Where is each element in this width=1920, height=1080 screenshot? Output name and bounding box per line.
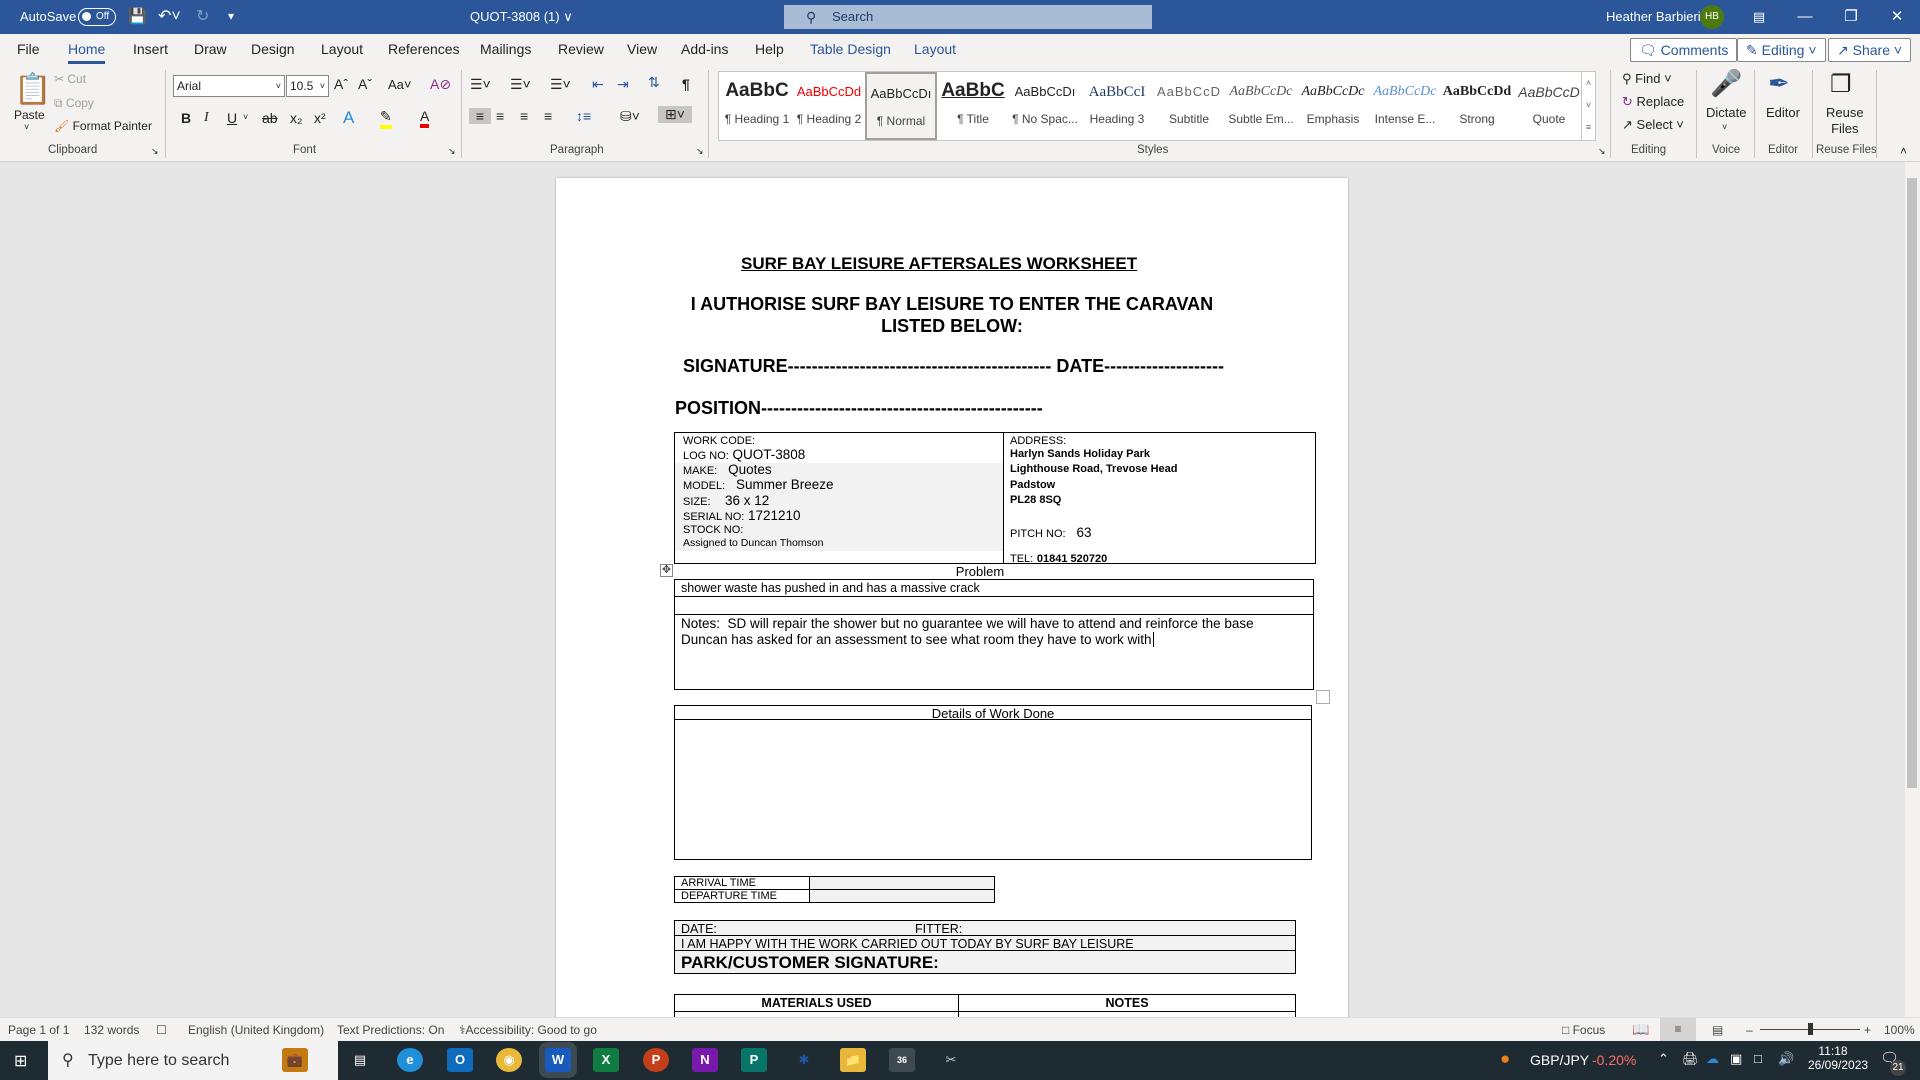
- style-name: ¶ Title: [937, 112, 1009, 126]
- editor-button[interactable]: Editor: [1766, 105, 1800, 120]
- serial-label: SERIAL NO:: [683, 511, 744, 523]
- format-painter-icon: 🖌: [54, 119, 69, 133]
- style-quote[interactable]: AaBbCcDQuote: [1513, 72, 1585, 140]
- snipping-tool-icon[interactable]: ✂: [938, 1048, 964, 1072]
- document-page[interactable]: SURF BAY LEISURE AFTERSALES WORKSHEET I …: [556, 178, 1348, 1078]
- date-label: DATE:: [681, 922, 717, 936]
- proofing-icon[interactable]: ☐: [156, 1023, 167, 1037]
- model-label: MODEL:: [683, 480, 725, 492]
- tab-layout[interactable]: Layout: [321, 41, 363, 57]
- style-name: Strong: [1441, 112, 1513, 126]
- find-button[interactable]: ⚲ Find ˅: [1622, 71, 1672, 87]
- read-mode-icon[interactable]: 📖: [1632, 1021, 1649, 1038]
- zoom-in-icon[interactable]: +: [1864, 1023, 1871, 1037]
- style-preview: AaBbC: [721, 80, 793, 102]
- tab-home[interactable]: Home: [68, 41, 105, 57]
- ticker-change: -0.20%: [1592, 1052, 1636, 1068]
- superscript-icon[interactable]: x²: [314, 110, 326, 126]
- replace-button[interactable]: ↻ Replace: [1622, 94, 1684, 110]
- tab-design[interactable]: Design: [251, 41, 295, 57]
- onenote-icon[interactable]: N: [692, 1048, 718, 1072]
- align-right-icon[interactable]: ≡: [520, 108, 528, 124]
- font-launcher-icon[interactable]: ↘: [448, 146, 456, 157]
- search-icon: ⚲: [1622, 71, 1632, 86]
- avatar[interactable]: HB: [1700, 5, 1724, 29]
- materials-header-cell: MATERIALS USED: [674, 994, 959, 1012]
- make-value: Quotes: [728, 462, 772, 477]
- taskbar: ⊞ ⚲ Type here to search 💼 ▤ e O ◉ W X P …: [0, 1041, 1920, 1080]
- font-size-combo[interactable]: 10.5˅: [286, 75, 329, 97]
- worksheet-title: SURF BAY LEISURE AFTERSALES WORKSHEET: [741, 254, 1137, 274]
- briefcase-icon[interactable]: 💼: [282, 1048, 308, 1072]
- text-predictions[interactable]: Text Predictions: On: [337, 1023, 444, 1037]
- show-formatting-icon[interactable]: ¶: [682, 76, 690, 92]
- style-title[interactable]: AaBbC¶ Title: [937, 72, 1009, 140]
- format-painter-label: Format Painter: [73, 119, 152, 133]
- log-no-label: LOG NO:: [683, 450, 729, 462]
- ribbon-display-icon[interactable]: ▤: [1736, 0, 1782, 34]
- tab-review[interactable]: Review: [558, 41, 604, 57]
- strikethrough-icon[interactable]: ab: [262, 110, 278, 126]
- reuse-label-1: Reuse: [1826, 105, 1864, 120]
- style-normal[interactable]: AaBbCcDı¶ Normal: [865, 72, 937, 140]
- autosave-label: AutoSave: [20, 9, 76, 24]
- style-name: Quote: [1513, 112, 1585, 126]
- sort-icon[interactable]: ⇅: [648, 74, 660, 91]
- tab-help[interactable]: Help: [755, 41, 784, 57]
- style-preview: AaBbCcDı: [1009, 84, 1081, 99]
- tab-view[interactable]: View: [627, 41, 657, 57]
- clock-date: 26/09/2023: [1808, 1058, 1868, 1072]
- tab-draw[interactable]: Draw: [194, 41, 227, 57]
- clipboard-group-label: Clipboard: [48, 144, 97, 156]
- justify-icon[interactable]: ≡: [544, 108, 552, 124]
- undo-icon[interactable]: ↶˅: [158, 6, 181, 26]
- replace-label: Replace: [1637, 94, 1685, 109]
- underline-dropdown-icon[interactable]: ˅: [243, 112, 248, 122]
- excel-icon[interactable]: X: [593, 1048, 619, 1072]
- onedrive-icon[interactable]: ☁: [1706, 1051, 1719, 1067]
- notes-cell[interactable]: Notes: SD will repair the shower but no …: [674, 614, 1314, 690]
- restore-icon[interactable]: ❐: [1828, 0, 1874, 34]
- network-icon[interactable]: □: [1754, 1051, 1762, 1066]
- divider: [708, 70, 709, 158]
- tab-table-design[interactable]: Table Design: [810, 41, 891, 57]
- tab-table-layout[interactable]: Layout: [914, 41, 956, 57]
- clock[interactable]: 11:1826/09/2023: [1808, 1044, 1858, 1072]
- app-36-icon[interactable]: 36: [889, 1048, 915, 1072]
- notes-line-2: Duncan has asked for an assessment to se…: [681, 632, 1154, 647]
- tray-overflow-icon[interactable]: ⌃: [1658, 1051, 1669, 1067]
- address-line-2: Lighthouse Road, Trevose Head: [1010, 463, 1177, 475]
- divider: [1610, 70, 1611, 158]
- notification-count: 21: [1890, 1060, 1906, 1076]
- tab-add-ins[interactable]: Add-ins: [681, 41, 728, 57]
- copy-button[interactable]: ⧉ Copy: [54, 96, 94, 111]
- subscript-icon[interactable]: x₂: [290, 110, 302, 126]
- cut-button[interactable]: ✂ Cut: [54, 72, 86, 86]
- tab-insert[interactable]: Insert: [133, 41, 168, 57]
- editing-group-label: Editing: [1631, 144, 1666, 156]
- arrival-label: ARRIVAL TIME: [681, 877, 756, 889]
- focus-icon: □: [1562, 1023, 1569, 1037]
- ticker-symbol[interactable]: GBP/JPY: [1530, 1052, 1589, 1068]
- cut-label: Cut: [67, 72, 86, 86]
- fitter-label: FITTER:: [915, 922, 962, 936]
- currency-widget-icon[interactable]: ●: [1500, 1049, 1510, 1069]
- divider: [165, 70, 166, 158]
- search-box[interactable]: ⚲ Search: [784, 5, 1152, 29]
- chrome-icon[interactable]: ◉: [496, 1048, 522, 1072]
- make-label: MAKE:: [683, 465, 717, 477]
- close-icon[interactable]: ✕: [1874, 0, 1920, 34]
- scrollbar-thumb[interactable]: [1907, 178, 1917, 788]
- table-resize-handle[interactable]: [1316, 690, 1330, 704]
- save-icon[interactable]: 💾: [128, 7, 147, 25]
- style-preview: AaBbCcDı: [867, 86, 935, 101]
- grow-font-icon[interactable]: Aˆ: [334, 76, 348, 92]
- problem-text: shower waste has pushed in and has a mas…: [681, 581, 980, 595]
- style-intense-emphasis[interactable]: AaBbCcDcIntense E...: [1369, 72, 1441, 140]
- document-title[interactable]: QUOT-3808 (1) ∨: [470, 9, 573, 25]
- style-name: ¶ Heading 1: [721, 112, 793, 126]
- reuse-group-label: Reuse Files: [1816, 144, 1877, 156]
- zoom-slider-thumb[interactable]: [1808, 1023, 1813, 1035]
- authorise-line-2: LISTED BELOW:: [556, 316, 1348, 337]
- chevron-down-icon: ˅: [320, 76, 325, 96]
- style-preview: AaBbCcDc: [1225, 84, 1297, 100]
- paragraph-group-label: Paragraph: [550, 144, 604, 156]
- park-signature-row[interactable]: PARK/CUSTOMER SIGNATURE:: [674, 950, 1296, 974]
- user-name[interactable]: Heather Barbieri: [1606, 9, 1701, 24]
- word-icon[interactable]: W: [545, 1048, 571, 1072]
- work-code-label: WORK CODE:: [683, 435, 755, 447]
- collapse-ribbon-icon[interactable]: ˄: [1900, 144, 1907, 158]
- styles-gallery: AaBbC¶ Heading 1 AaBbCcDd¶ Heading 2 AaB…: [718, 71, 1596, 141]
- status-bar: Page 1 of 1 132 words ☐ English (United …: [0, 1017, 1920, 1041]
- font-group-label: Font: [293, 144, 316, 156]
- tab-references[interactable]: References: [388, 41, 460, 57]
- signature-line: SIGNATURE-------------------------------…: [683, 356, 1224, 377]
- paragraph-launcher-icon[interactable]: ↘: [696, 146, 704, 157]
- comments-label: Comments: [1661, 42, 1729, 58]
- volume-icon[interactable]: 🔊: [1778, 1051, 1794, 1067]
- pitch-label: PITCH NO:: [1010, 528, 1066, 540]
- line-spacing-icon[interactable]: ↕≡: [576, 108, 591, 124]
- style-preview: AaBbCcDc: [1369, 84, 1441, 100]
- style-name: Subtle Em...: [1225, 112, 1297, 126]
- zoom-level[interactable]: 100%: [1884, 1023, 1915, 1037]
- shading-icon[interactable]: ⛁˅: [620, 108, 640, 125]
- style-no-spacing[interactable]: AaBbCcDı¶ No Spac...: [1009, 72, 1081, 140]
- style-preview: AaBbCcD: [1153, 84, 1225, 99]
- details-cell[interactable]: [674, 719, 1312, 860]
- replace-icon: ↻: [1622, 94, 1633, 109]
- ribbon-tabs: File Home Insert Draw Design Layout Refe…: [0, 34, 1920, 66]
- style-name: ¶ Heading 2: [793, 112, 865, 126]
- styles-launcher-icon[interactable]: ↘: [1598, 146, 1606, 157]
- minimize-icon[interactable]: —: [1782, 0, 1828, 34]
- select-label: Select: [1637, 117, 1673, 132]
- address-line-3: Padstow: [1010, 479, 1055, 491]
- underline-icon[interactable]: U: [227, 110, 237, 126]
- details-header-cell: Details of Work Done: [674, 705, 1312, 720]
- style-name: Intense E...: [1369, 112, 1441, 126]
- editing-mode-button[interactable]: ✎ Editing ˅: [1737, 38, 1826, 62]
- materials-header: MATERIALS USED: [675, 996, 958, 1010]
- accessibility-label: Accessibility: Good to go: [466, 1023, 597, 1037]
- font-name-combo[interactable]: Arial˅: [173, 75, 285, 97]
- app-badge: 36: [897, 1055, 907, 1065]
- divider: [461, 70, 462, 158]
- style-subtitle[interactable]: AaBbCcDSubtitle: [1153, 72, 1225, 140]
- chevron-down-icon: ˅: [276, 76, 281, 96]
- date-fitter-row[interactable]: DATE: FITTER:: [674, 920, 1296, 936]
- style-name: Subtitle: [1153, 112, 1225, 126]
- address-line-4: PL28 8SQ: [1010, 494, 1061, 506]
- problem-cell[interactable]: shower waste has pushed in and has a mas…: [674, 579, 1314, 597]
- tab-file[interactable]: File: [17, 41, 40, 57]
- reuse-files-icon[interactable]: ❐: [1830, 70, 1852, 99]
- taskbar-search-placeholder: Type here to search: [88, 1052, 229, 1069]
- windows-start-icon[interactable]: ⊞: [14, 1051, 27, 1071]
- find-label: Find: [1635, 71, 1660, 86]
- focus-label: Focus: [1573, 1023, 1606, 1037]
- divider: [1812, 70, 1813, 158]
- format-painter-button[interactable]: 🖌 Format Painter: [54, 119, 152, 133]
- select-button[interactable]: ↗ Select ˅: [1622, 117, 1684, 133]
- edge-icon[interactable]: e: [397, 1048, 423, 1072]
- highlight-color-icon[interactable]: ✎: [380, 108, 392, 129]
- divider: [1696, 70, 1697, 158]
- style-subtle-emphasis[interactable]: AaBbCcDcSubtle Em...: [1225, 72, 1297, 140]
- page-count[interactable]: Page 1 of 1: [8, 1023, 69, 1037]
- divider: [1754, 70, 1755, 158]
- web-layout-icon[interactable]: ▤: [1712, 1023, 1723, 1037]
- language[interactable]: English (United Kingdom): [188, 1023, 324, 1037]
- word-count[interactable]: 132 words: [84, 1023, 139, 1037]
- search-icon: ⚲: [62, 1041, 74, 1080]
- align-center-icon[interactable]: ≡: [496, 108, 504, 124]
- publisher-icon[interactable]: P: [741, 1048, 767, 1072]
- notes-header: NOTES: [959, 996, 1295, 1010]
- style-name: ¶ Normal: [867, 114, 935, 128]
- clock-time: 11:18: [1818, 1044, 1847, 1058]
- font-color-icon[interactable]: A: [420, 108, 429, 128]
- styles-group-label: Styles: [1137, 144, 1168, 156]
- address-line-1: Harlyn Sands Holiday Park: [1010, 448, 1150, 460]
- title-bar: AutoSave Off 💾 ↶˅ ↻ ▾ QUOT-3808 (1) ∨ ⚲ …: [0, 0, 1920, 34]
- style-preview: AaBbCcDc: [1297, 84, 1369, 100]
- style-heading-1[interactable]: AaBbC¶ Heading 1: [721, 72, 793, 140]
- bold-icon[interactable]: B: [181, 110, 191, 126]
- align-left-icon[interactable]: ≡: [469, 108, 491, 124]
- file-explorer-icon[interactable]: 📁: [840, 1048, 866, 1072]
- clipboard-launcher-icon[interactable]: ↘: [151, 146, 159, 157]
- notes-label: Notes:: [681, 616, 720, 631]
- position-line: POSITION--------------------------------…: [675, 398, 1043, 419]
- happy-row[interactable]: I AM HAPPY WITH THE WORK CARRIED OUT TOD…: [674, 935, 1296, 951]
- address-cell[interactable]: ADDRESS: Harlyn Sands Holiday Park Light…: [1003, 432, 1316, 564]
- editor-pen-icon[interactable]: ✒: [1768, 68, 1790, 99]
- microphone-icon[interactable]: 🎤: [1710, 68, 1742, 99]
- outlook-icon[interactable]: O: [447, 1048, 473, 1072]
- voice-group-label: Voice: [1712, 144, 1740, 156]
- style-preview: AaBbCcDd: [793, 84, 865, 99]
- copy-label: Copy: [66, 96, 94, 110]
- bullets-icon[interactable]: ☰˅: [470, 76, 491, 93]
- paste-icon[interactable]: 📋: [14, 72, 51, 107]
- font-name-value: Arial: [177, 79, 201, 93]
- share-label: Share: [1853, 42, 1890, 58]
- clear-formatting-icon[interactable]: A⊘: [430, 76, 451, 93]
- focus-button[interactable]: □ Focus: [1562, 1023, 1605, 1037]
- notes-header-cell: NOTES: [958, 994, 1296, 1012]
- reuse-files-button[interactable]: ReuseFiles: [1826, 105, 1864, 137]
- change-case-icon[interactable]: Aa˅: [388, 77, 412, 92]
- styles-scrollbar[interactable]: ˄˅≡: [1581, 72, 1595, 140]
- style-name: Heading 3: [1081, 112, 1153, 126]
- style-heading-3[interactable]: AaBbCcIHeading 3: [1081, 72, 1153, 140]
- style-heading-2[interactable]: AaBbCcDd¶ Heading 2: [793, 72, 865, 140]
- search-placeholder: Search: [832, 9, 873, 24]
- divider: [1876, 70, 1877, 158]
- style-name: Emphasis: [1297, 112, 1369, 126]
- jira-icon[interactable]: ✱: [791, 1048, 817, 1072]
- accessibility-status[interactable]: ⚕Accessibility: Good to go: [459, 1023, 597, 1037]
- task-view-icon[interactable]: ▤: [347, 1048, 373, 1072]
- size-label: SIZE:: [683, 496, 711, 508]
- style-emphasis[interactable]: AaBbCcDcEmphasis: [1297, 72, 1369, 140]
- numbering-icon[interactable]: ☰˅: [510, 76, 531, 93]
- ribbon: 📋 Paste ˅ ✂ Cut ⧉ Copy 🖌 Format Painter …: [0, 66, 1920, 162]
- share-button[interactable]: ↗ Share ˅: [1828, 38, 1911, 62]
- decrease-indent-icon[interactable]: ⇤: [592, 76, 604, 93]
- editing-label: Editing: [1762, 42, 1805, 58]
- paste-dropdown-icon[interactable]: ˅: [24, 122, 29, 132]
- italic-icon[interactable]: I: [204, 110, 209, 126]
- arrival-label-cell: ARRIVAL TIME: [674, 876, 810, 890]
- notes-line-1: SD will repair the shower but no guarant…: [728, 616, 1254, 631]
- dictate-button[interactable]: Dictate: [1706, 105, 1746, 120]
- zoom-out-icon[interactable]: –: [1746, 1023, 1753, 1037]
- style-preview: AaBbCcI: [1081, 84, 1153, 101]
- shrink-font-icon[interactable]: Aˇ: [358, 76, 372, 92]
- tab-mailings[interactable]: Mailings: [480, 41, 531, 57]
- remote-icon[interactable]: ▣: [1730, 1051, 1742, 1067]
- editor-group-label: Editor: [1768, 144, 1798, 156]
- happy-statement: I AM HAPPY WITH THE WORK CARRIED OUT TOD…: [681, 937, 1134, 951]
- multilevel-list-icon[interactable]: ☰˅: [550, 76, 571, 93]
- model-value: Summer Breeze: [736, 477, 834, 492]
- style-preview: AaBbCcDd: [1441, 84, 1513, 100]
- pitch-value: 63: [1076, 525, 1091, 540]
- departure-time-field[interactable]: [809, 889, 995, 903]
- arrival-time-field[interactable]: [809, 876, 995, 890]
- increase-indent-icon[interactable]: ⇥: [617, 76, 629, 93]
- problem-header: Problem: [556, 564, 1348, 579]
- stock-no-label: STOCK NO:: [683, 524, 743, 536]
- blank-row[interactable]: [674, 596, 1314, 615]
- caravan-info-cell[interactable]: WORK CODE: LOG NO: QUOT-3808 MAKE: Quote…: [674, 432, 1004, 564]
- dictate-dropdown-icon[interactable]: ˅: [1722, 122, 1727, 132]
- comments-button[interactable]: 🗨 Comments: [1630, 38, 1737, 62]
- authorise-line-1: I AUTHORISE SURF BAY LEISURE TO ENTER TH…: [556, 294, 1348, 315]
- log-no-value: QUOT-3808: [732, 447, 805, 462]
- font-size-value: 10.5: [290, 79, 313, 93]
- customize-qat-icon[interactable]: ▾: [228, 9, 234, 23]
- cursor-icon: ↗: [1622, 117, 1633, 132]
- style-preview: AaBbCcD: [1513, 84, 1585, 100]
- redo-icon[interactable]: ↻: [196, 6, 209, 26]
- style-strong[interactable]: AaBbCcDdStrong: [1441, 72, 1513, 140]
- borders-icon[interactable]: ⊞˅: [658, 106, 692, 123]
- serial-value: 1721210: [748, 508, 801, 523]
- departure-label: DEPARTURE TIME: [681, 890, 777, 902]
- print-layout-icon[interactable]: ≡: [1660, 1018, 1696, 1041]
- powerpoint-icon[interactable]: P: [643, 1048, 669, 1072]
- reuse-label-2: Files: [1831, 121, 1858, 136]
- printer-icon[interactable]: 🖨: [1682, 1051, 1699, 1067]
- style-name: ¶ No Spac...: [1009, 112, 1081, 126]
- assigned-to: Assigned to Duncan Thomson: [683, 537, 823, 549]
- style-preview: AaBbC: [937, 80, 1009, 102]
- text-effects-icon[interactable]: A: [343, 108, 354, 128]
- autosave-toggle[interactable]: Off: [78, 8, 116, 26]
- paste-button[interactable]: Paste: [14, 108, 45, 122]
- departure-label-cell: DEPARTURE TIME: [674, 889, 810, 903]
- address-label: ADDRESS:: [1010, 435, 1066, 447]
- search-icon: ⚲: [806, 5, 816, 29]
- size-value: 36 x 12: [725, 493, 769, 508]
- park-signature-label: PARK/CUSTOMER SIGNATURE:: [681, 953, 939, 973]
